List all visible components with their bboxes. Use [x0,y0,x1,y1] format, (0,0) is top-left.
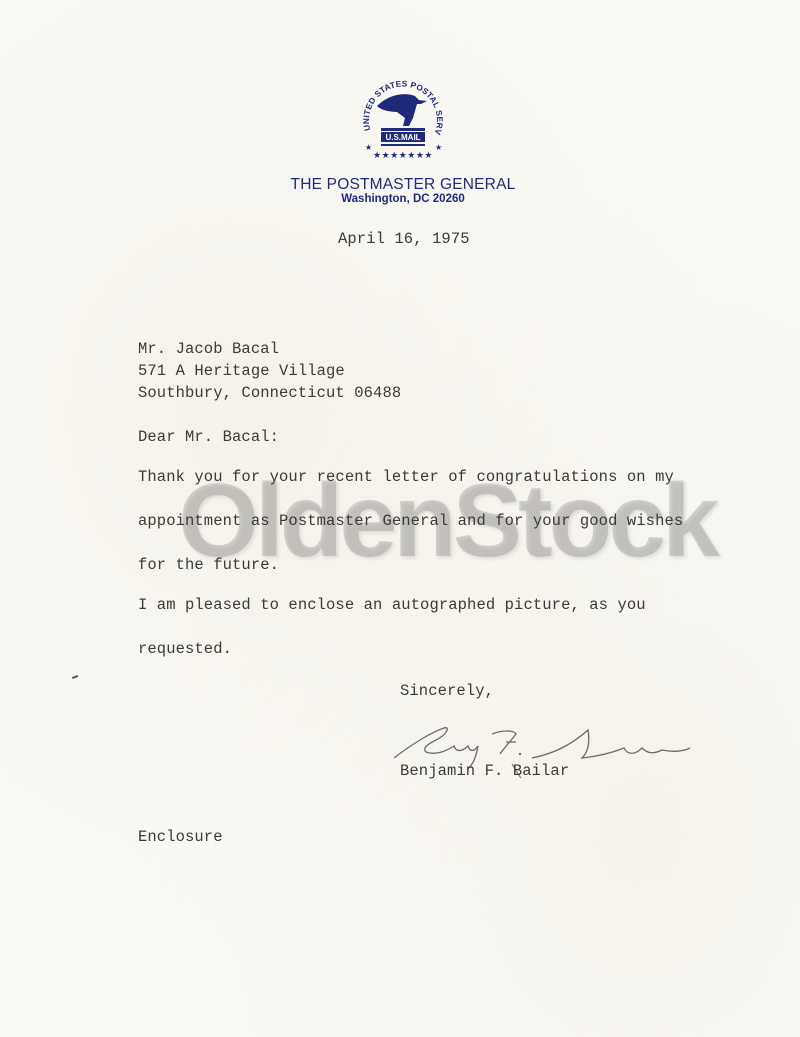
svg-text:U.S.MAIL: U.S.MAIL [385,133,420,142]
signer-name: Benjamin F. Bailar [400,762,569,780]
recipient-name: Mr. Jacob Bacal [138,340,279,358]
letter-page: UNITED STATES POSTAL SERVICE U.S.MAIL ★★… [0,0,800,1037]
body-line: Thank you for your recent letter of cong… [138,468,674,486]
body-line: I am pleased to enclose an autographed p… [138,596,646,614]
body-line: requested. [138,640,232,658]
body-line: appointment as Postmaster General and fo… [138,512,683,530]
salutation: Dear Mr. Bacal: [138,428,279,446]
recipient-city: Southbury, Connecticut 06488 [138,384,401,402]
letterhead-title: THE POSTMASTER GENERAL [0,176,800,194]
svg-text:★★★★★★★: ★★★★★★★ [373,150,433,160]
usps-eagle-seal-icon: UNITED STATES POSTAL SERVICE U.S.MAIL ★★… [357,66,449,164]
recipient-street: 571 A Heritage Village [138,362,345,380]
letter-date: April 16, 1975 [338,230,470,248]
paper-mark [72,675,78,679]
svg-text:★: ★ [435,143,442,152]
letterhead-address: Washington, DC 20260 [0,193,800,205]
body-line: for the future. [138,556,279,574]
closing: Sincerely, [400,682,494,700]
enclosure-note: Enclosure [138,828,223,846]
svg-text:★: ★ [365,143,372,152]
